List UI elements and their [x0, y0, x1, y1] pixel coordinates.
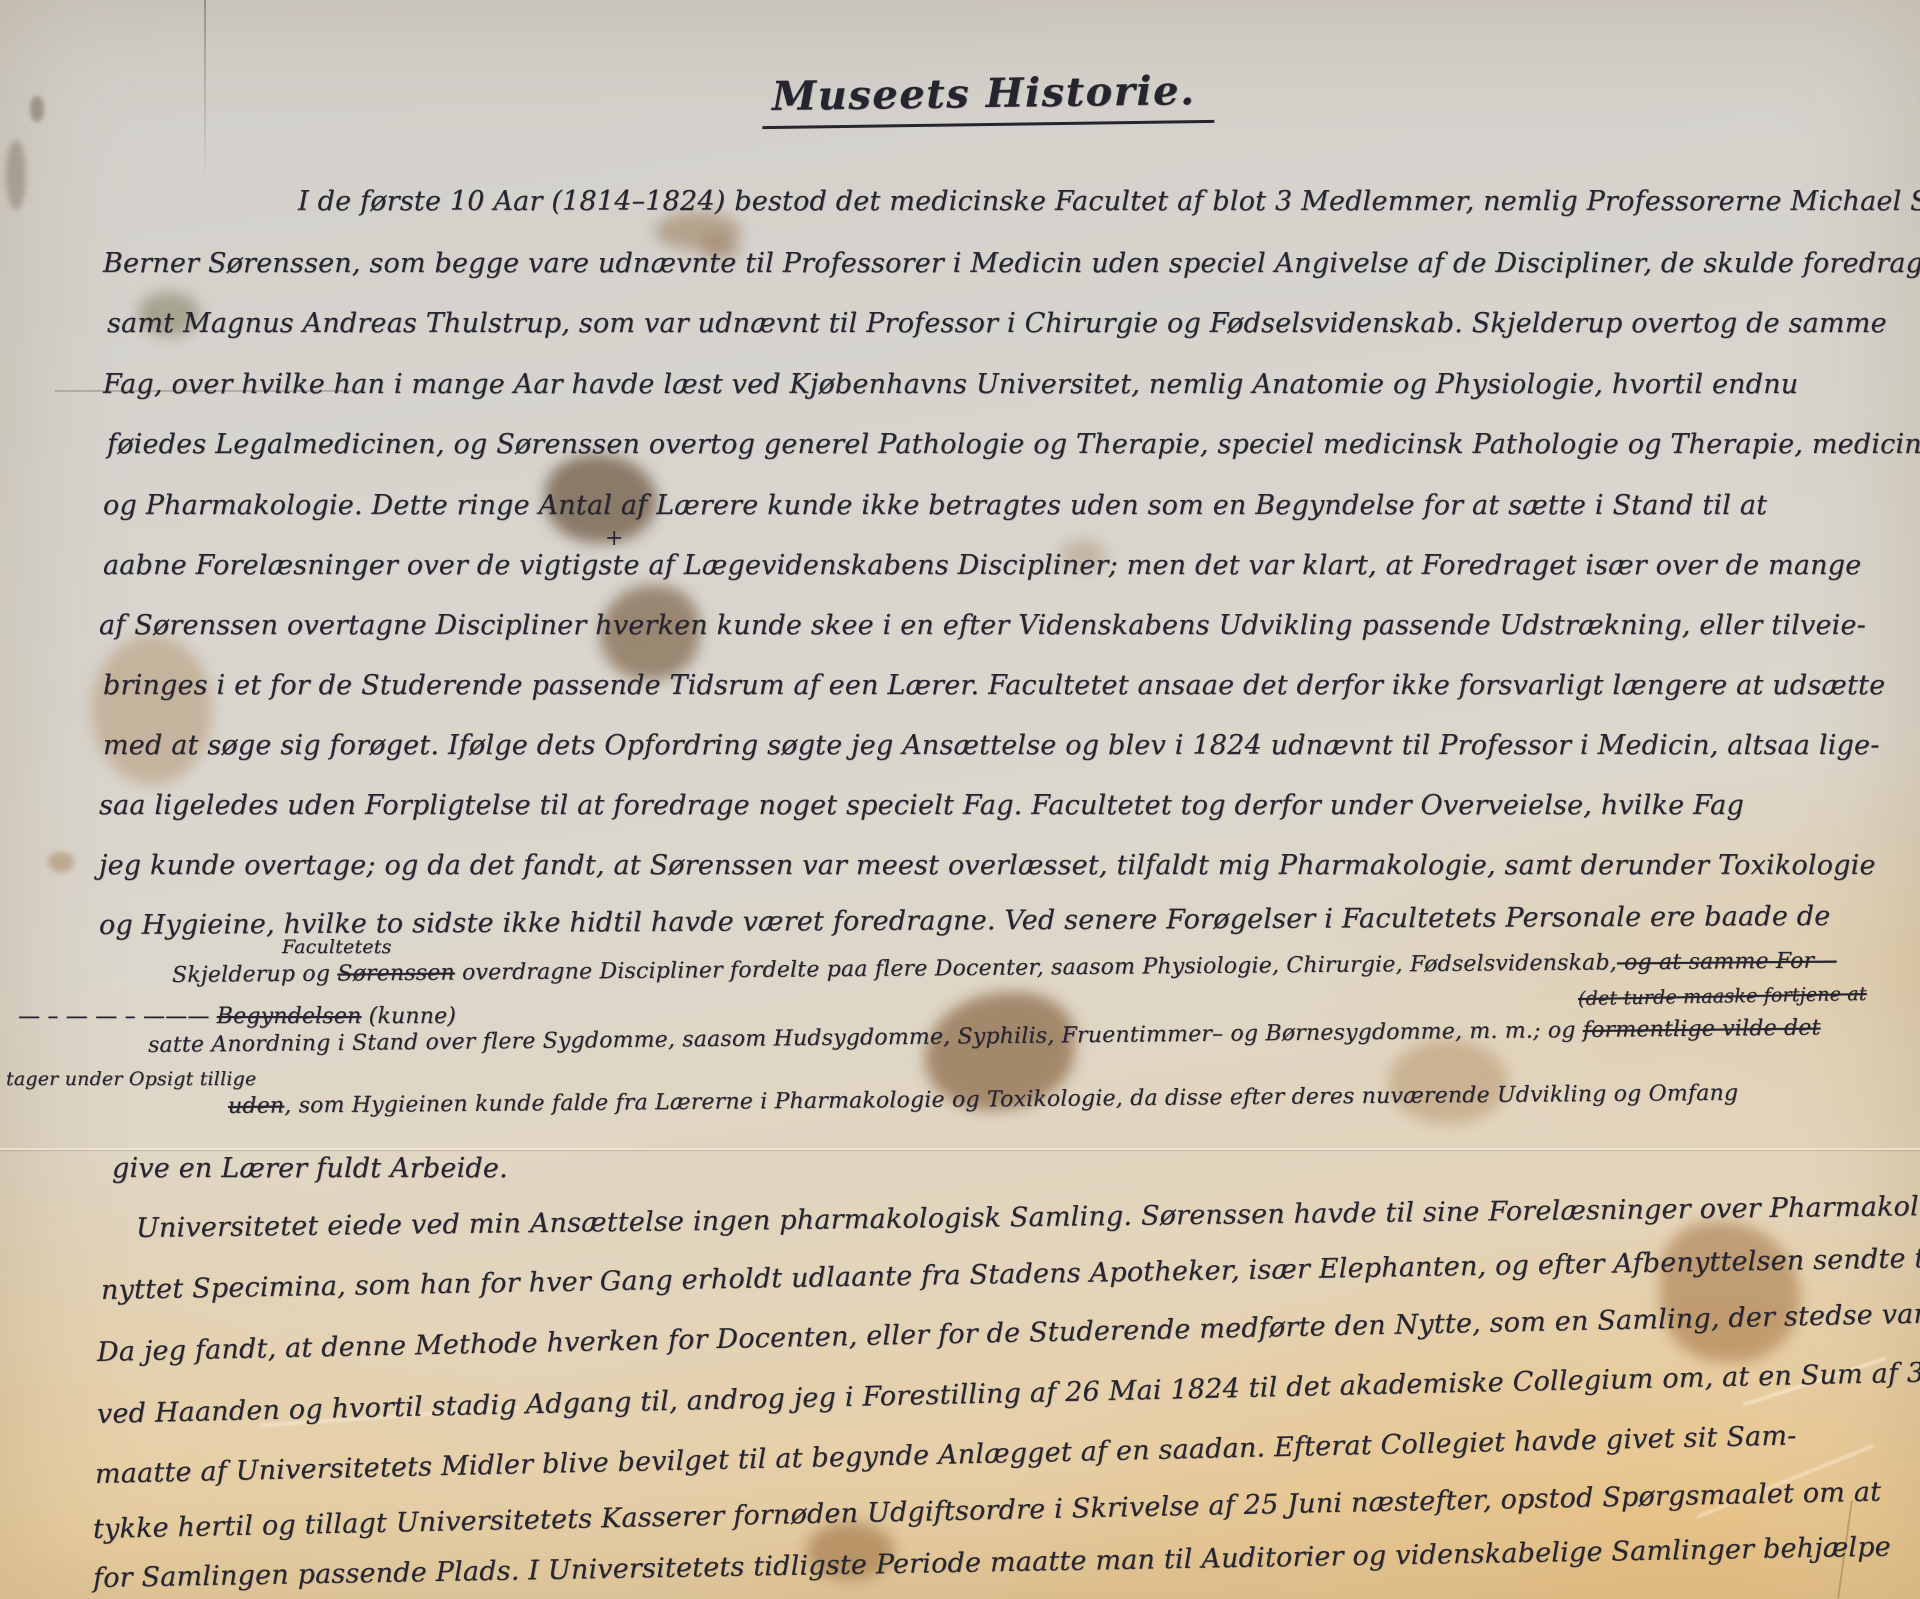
dash-scribble: — – — — – ———: [18, 1004, 210, 1029]
foxing-stain: [1660, 1222, 1800, 1362]
manuscript-line: aabne Forelæsninger over de vigtigste af…: [103, 549, 1861, 583]
manuscript-line: give en Lærer fuldt Arbeide.: [112, 1152, 508, 1186]
foxing-stain: [48, 852, 74, 872]
interlinear-insertion: Facultetets: [282, 936, 392, 960]
page-title: Museets Historie.: [762, 67, 1214, 129]
text-segment: (kunne): [369, 1004, 456, 1029]
paper-crease: [204, 0, 206, 185]
struck-text: Sørenssen: [337, 961, 455, 987]
manuscript-line: I de første 10 Aar (1814–1824) bestod de…: [298, 185, 1920, 219]
manuscript-line: samt Magnus Andreas Thulstrup, som var u…: [107, 307, 1887, 341]
edge-mark: [6, 140, 26, 210]
manuscript-line: af Sørenssen overtagne Discipliner hverk…: [99, 609, 1866, 643]
margin-note-left: tager under Opsigt tillige: [6, 1068, 256, 1092]
struck-text: uden: [228, 1094, 284, 1119]
manuscript-line: nyttet Specimina, som han for hver Gang …: [101, 1241, 1920, 1308]
manuscript-line: Universitetet eiede ved min Ansættelse i…: [136, 1189, 1920, 1246]
text-segment: , som Hygieinen kunde falde fra Lærerne …: [284, 1081, 1738, 1119]
struck-text: formentlige vilde det: [1583, 1015, 1821, 1042]
manuscript-line: jeg kunde overtage; og da det fandt, at …: [99, 849, 1876, 883]
margin-scribble: — – — — – ——— Begyndelsen (kunne): [18, 1003, 456, 1031]
manuscript-line: maatte af Universitetets Midler blive be…: [95, 1419, 1797, 1491]
margin-note-right: (det turde maaske fortjene at: [1578, 983, 1867, 1012]
manuscript-line-edited: Skjelderup og Sørenssen overdragne Disci…: [172, 947, 1837, 989]
manuscript-line: med at søge sig forøget. Ifølge dets Opf…: [103, 729, 1880, 763]
insertion-caret-mark: +: [605, 526, 623, 551]
struck-text: Begyndelsen: [217, 1004, 362, 1029]
manuscript-line: Fag, over hvilke han i mange Aar havde l…: [103, 368, 1798, 402]
struck-text: og at samme For—: [1617, 948, 1837, 975]
manuscript-line: ved Haanden og hvortil stadig Adgang til…: [97, 1354, 1920, 1432]
paper-crease: [0, 1148, 1920, 1150]
manuscript-line: bringes i et for de Studerende passende …: [103, 669, 1885, 703]
text-segment: overdragne Discipliner fordelte paa fler…: [455, 950, 1617, 985]
edge-mark: [30, 96, 44, 122]
manuscript-line: føiedes Legalmedicinen, og Sørenssen ove…: [107, 428, 1920, 462]
manuscript-page: Museets Historie. I de første 10 Aar (18…: [0, 0, 1920, 1599]
manuscript-line: og Pharmakologie. Dette ringe Antal af L…: [103, 489, 1767, 523]
manuscript-line: saa ligeledes uden Forpligtelse til at f…: [99, 789, 1744, 823]
manuscript-line-edited: uden, som Hygieinen kunde falde fra Lære…: [228, 1080, 1738, 1121]
manuscript-line: Berner Sørenssen, som begge vare udnævnt…: [103, 247, 1920, 281]
manuscript-line: Da jeg fandt, at denne Methode hverken f…: [97, 1298, 1920, 1370]
text-segment: Skjelderup og: [172, 962, 337, 988]
